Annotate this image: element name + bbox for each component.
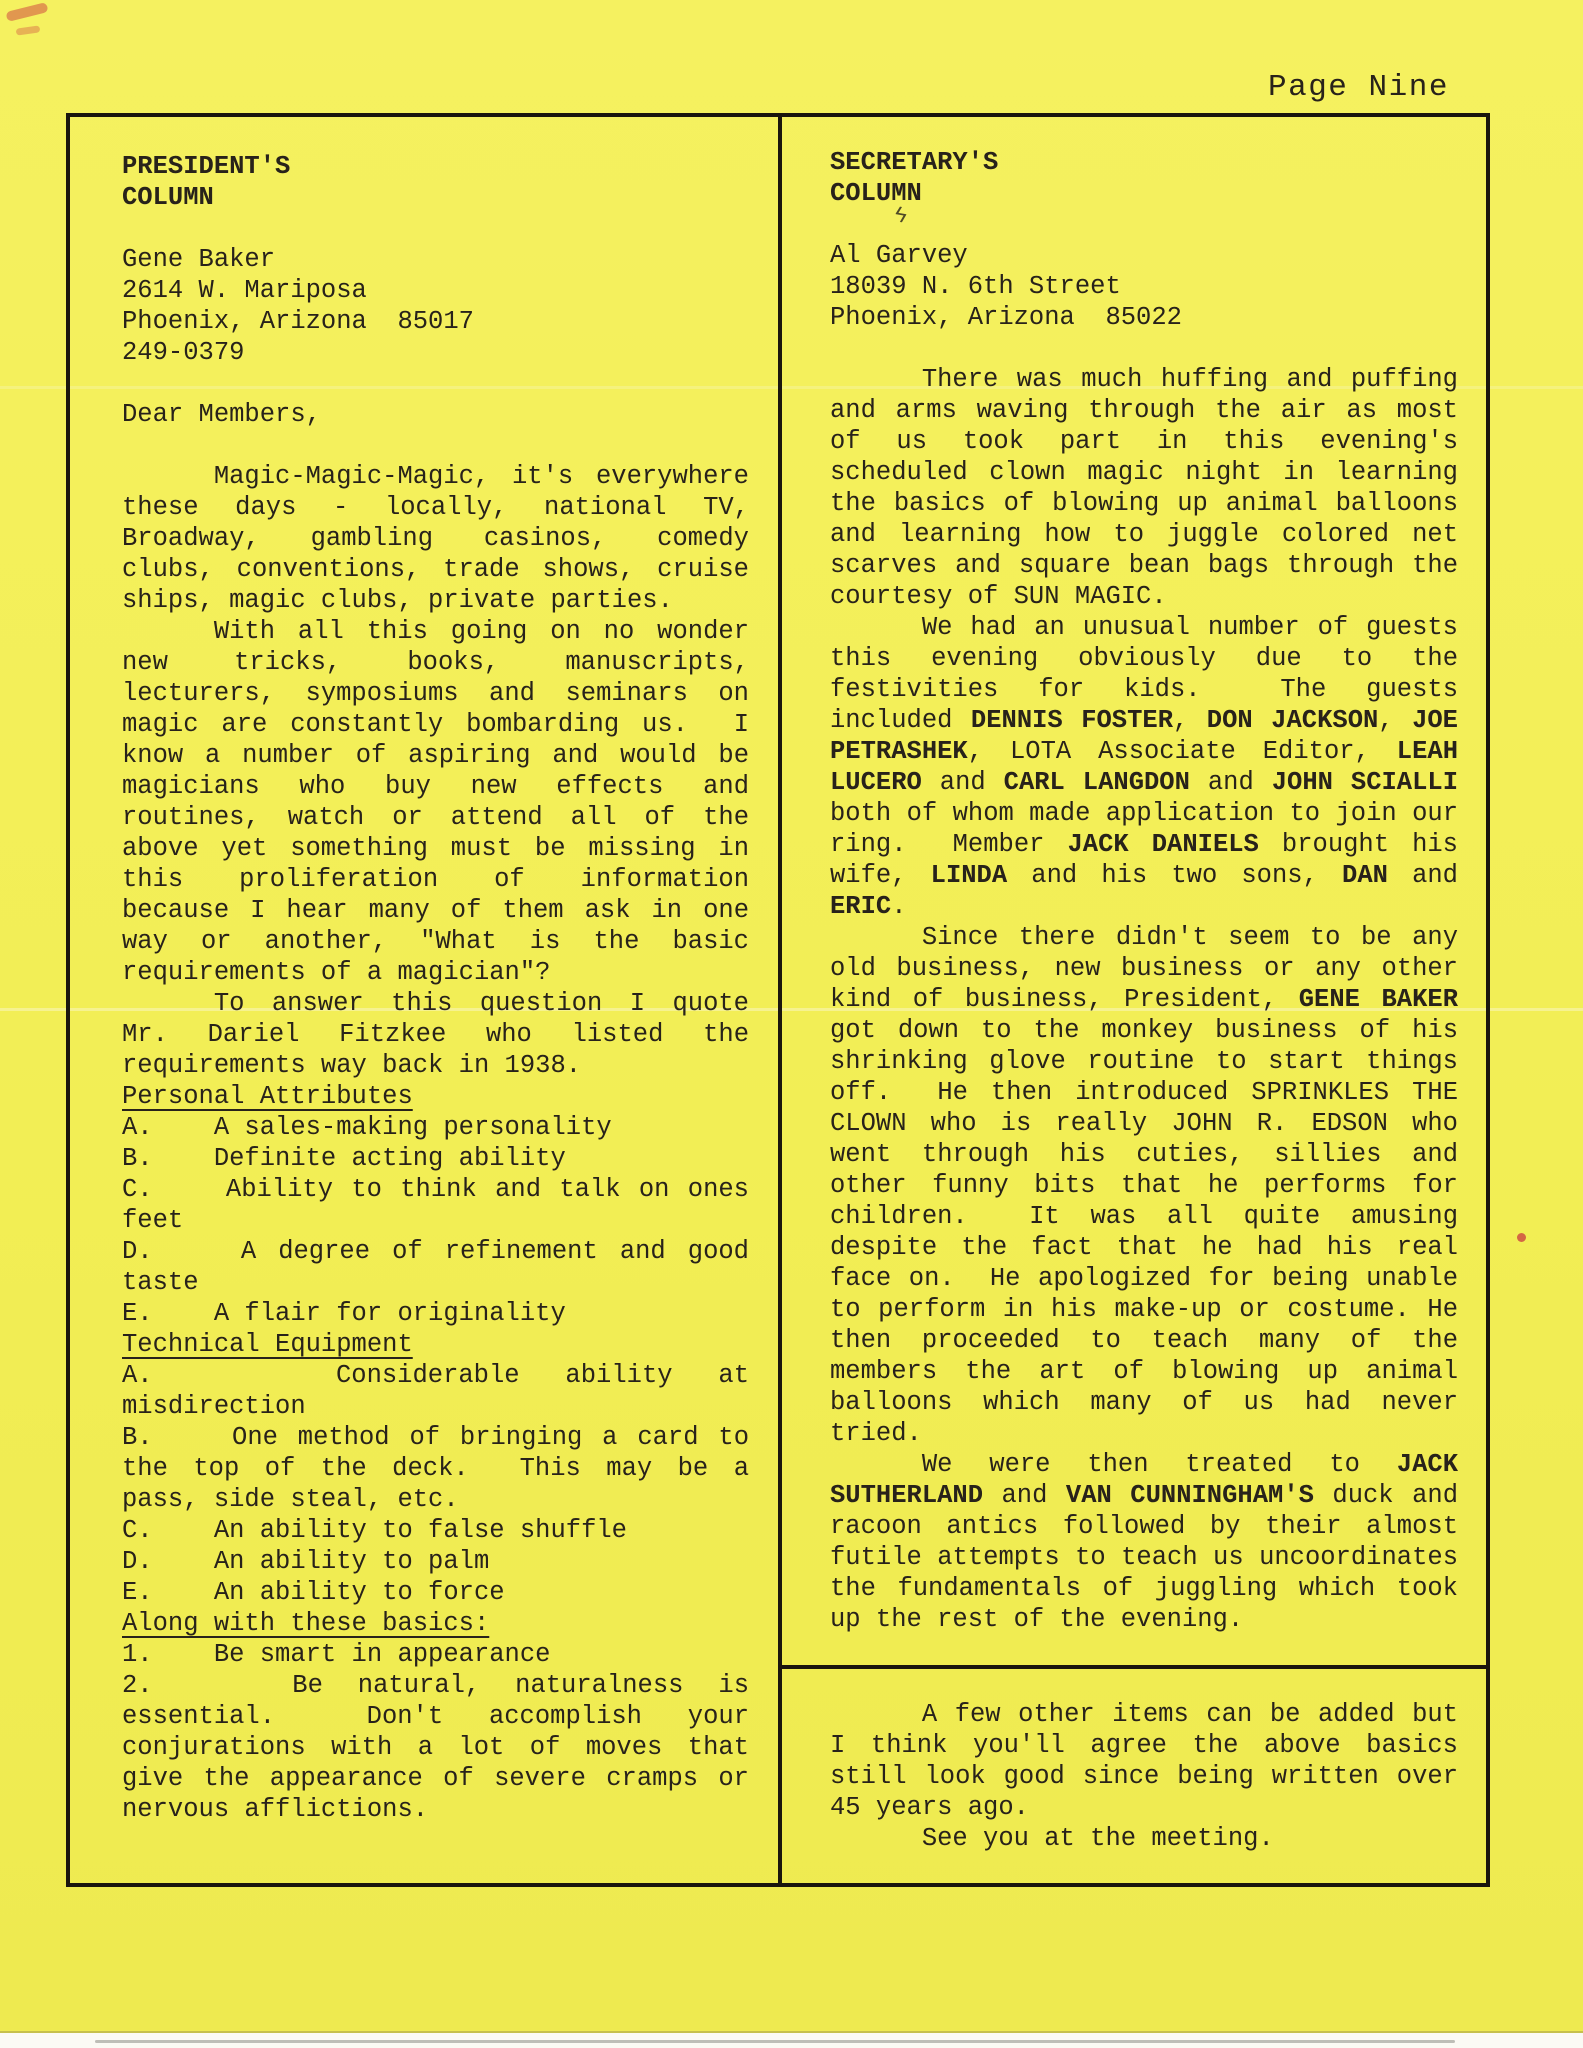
paragraph: Magic-Magic-Magic, it's everywhere these… [122, 461, 749, 616]
presidents-column: PRESIDENT'SCOLUMN Gene Baker2614 W. Mari… [70, 117, 778, 1883]
paragraph: With all this going on no wonder new tri… [122, 616, 749, 988]
addendum-box: A few other items can be added but I thi… [782, 1669, 1486, 1883]
paragraph: We had an unusual number of guests this … [830, 612, 1458, 922]
column-title-line: COLUMN [122, 182, 749, 213]
list-item: D. An ability to palm [122, 1546, 749, 1577]
presidents-author-block: Gene Baker2614 W. MariposaPhoenix, Arizo… [122, 244, 749, 368]
list-item: C. Ability to think and talk on ones fee… [122, 1174, 749, 1236]
paragraph: A few other items can be added but I thi… [830, 1699, 1458, 1823]
secretary-author-block: Al Garvey18039 N. 6th StreetPhoenix, Ari… [830, 240, 1458, 333]
list-item: 1. Be smart in appearance [122, 1639, 749, 1670]
address-line: 18039 N. 6th Street [830, 271, 1458, 302]
list-item: B. One method of bringing a card to the … [122, 1422, 749, 1515]
paragraph: There was much huffing and puffing and a… [830, 364, 1458, 612]
column-title-line: COLUMN [830, 178, 1458, 209]
scan-edge-line [95, 2040, 1455, 2043]
list-item: C. An ability to false shuffle [122, 1515, 749, 1546]
list-item: E. An ability to force [122, 1577, 749, 1608]
paragraph: See you at the meeting. [830, 1823, 1458, 1854]
secretary-column-title: SECRETARY'SCOLUMN [830, 147, 1458, 209]
section-heading: Technical Equipment [122, 1329, 749, 1360]
secretary-column: SECRETARY'SCOLUMN ϟ Al Garvey18039 N. 6t… [782, 117, 1486, 1883]
paragraph: We were then treated to JACK SUTHERLAND … [830, 1449, 1458, 1635]
column-title-line: PRESIDENT'S [122, 151, 749, 182]
list-item: B. Definite acting ability [122, 1143, 749, 1174]
presidents-column-title: PRESIDENT'SCOLUMN [122, 151, 749, 213]
section-heading: Personal Attributes [122, 1081, 749, 1112]
presidents-column-body: Magic-Magic-Magic, it's everywhere these… [122, 461, 749, 1825]
list-item: D. A degree of refinement and good taste [122, 1236, 749, 1298]
list-item: E. A flair for originality [122, 1298, 749, 1329]
content-box: PRESIDENT'SCOLUMN Gene Baker2614 W. Mari… [66, 113, 1490, 1887]
ink-dot [1517, 1233, 1526, 1242]
address-line: 2614 W. Mariposa [122, 275, 749, 306]
salutation: Dear Members, [122, 399, 749, 430]
address-line: Al Garvey [830, 240, 1458, 271]
secretary-column-content: SECRETARY'SCOLUMN ϟ Al Garvey18039 N. 6t… [782, 117, 1486, 1665]
section-heading: Along with these basics: [122, 1608, 749, 1639]
list-item: A. Considerable ability at misdirection [122, 1360, 749, 1422]
page-number: Page Nine [1268, 70, 1449, 105]
address-line: Gene Baker [122, 244, 749, 275]
paragraph: To answer this question I quote Mr. Dari… [122, 988, 749, 1081]
scanned-newsletter-page: Page Nine PRESIDENT'SCOLUMN Gene Baker26… [0, 0, 1583, 2048]
column-title-line: SECRETARY'S [830, 147, 1458, 178]
list-item: 2. Be natural, naturalness is essential.… [122, 1670, 749, 1825]
list-item: A. A sales-making personality [122, 1112, 749, 1143]
secretary-column-body: There was much huffing and puffing and a… [830, 364, 1458, 1635]
address-line: Phoenix, Arizona 85022 [830, 302, 1458, 333]
address-line: 249-0379 [122, 337, 749, 368]
address-line: Phoenix, Arizona 85017 [122, 306, 749, 337]
paragraph: Since there didn't seem to be any old bu… [830, 922, 1458, 1449]
